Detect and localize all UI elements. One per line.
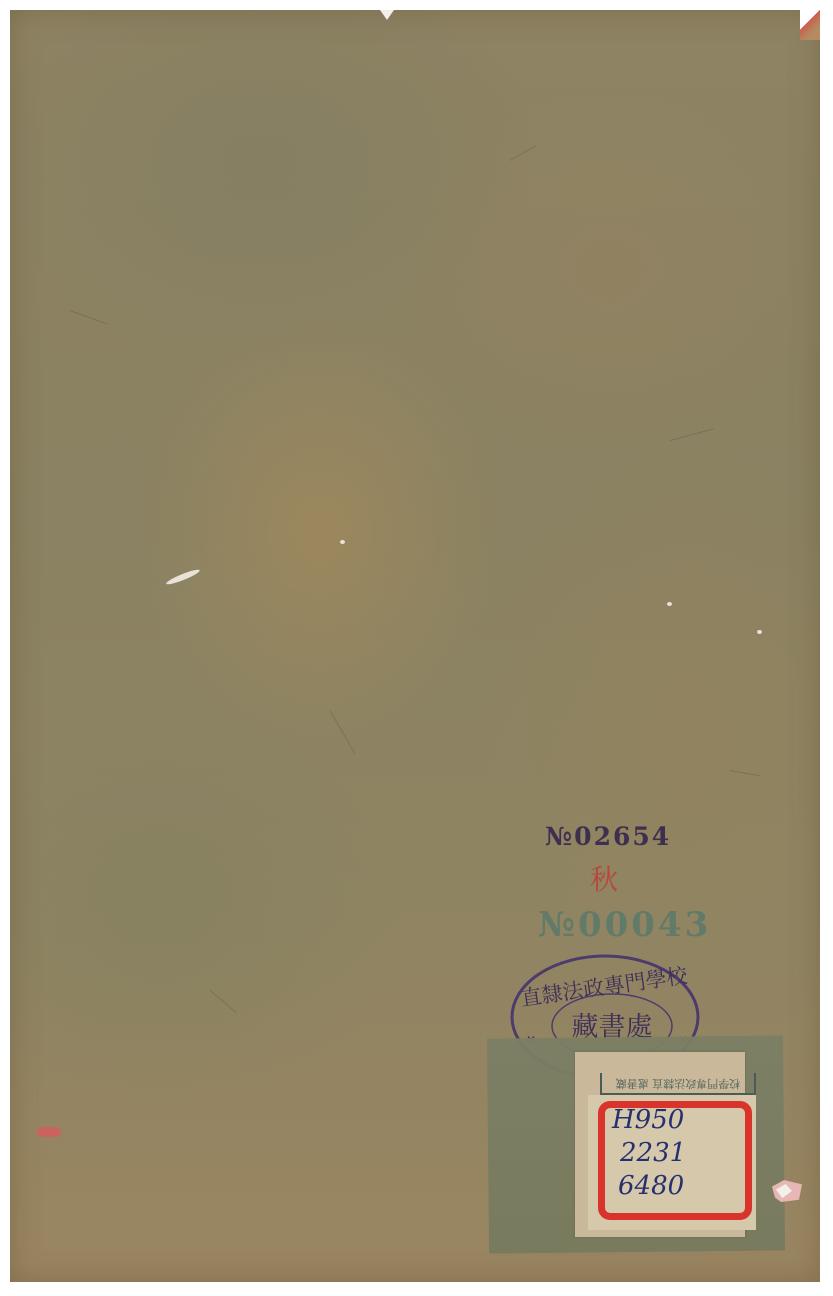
- paper-fiber: [670, 428, 714, 441]
- paper-damage-spot: [340, 540, 345, 544]
- call-number-line: 2231: [606, 1137, 746, 1170]
- paper-fiber: [210, 990, 237, 1013]
- paper-damage-spot: [667, 602, 672, 606]
- call-number: H950 2231 6480: [606, 1104, 746, 1203]
- call-number-line: H950: [606, 1104, 746, 1137]
- red-ink-mark: [37, 1127, 61, 1137]
- call-number-line: 6480: [606, 1170, 746, 1203]
- label-printed-header: 校學門專政法隸直 處書藏: [600, 1073, 756, 1095]
- paper-fiber: [70, 310, 108, 325]
- paper-fiber: [330, 710, 356, 754]
- stamp-number-bottom: №00043: [538, 905, 711, 945]
- paper-fiber: [510, 145, 536, 161]
- stamp-number-top: №02654: [545, 822, 671, 851]
- stamp-season-char: 秋: [590, 858, 618, 898]
- paper-damage-spot: [757, 630, 762, 634]
- paper-corner-damage: [800, 10, 820, 40]
- paper-fiber: [730, 770, 760, 776]
